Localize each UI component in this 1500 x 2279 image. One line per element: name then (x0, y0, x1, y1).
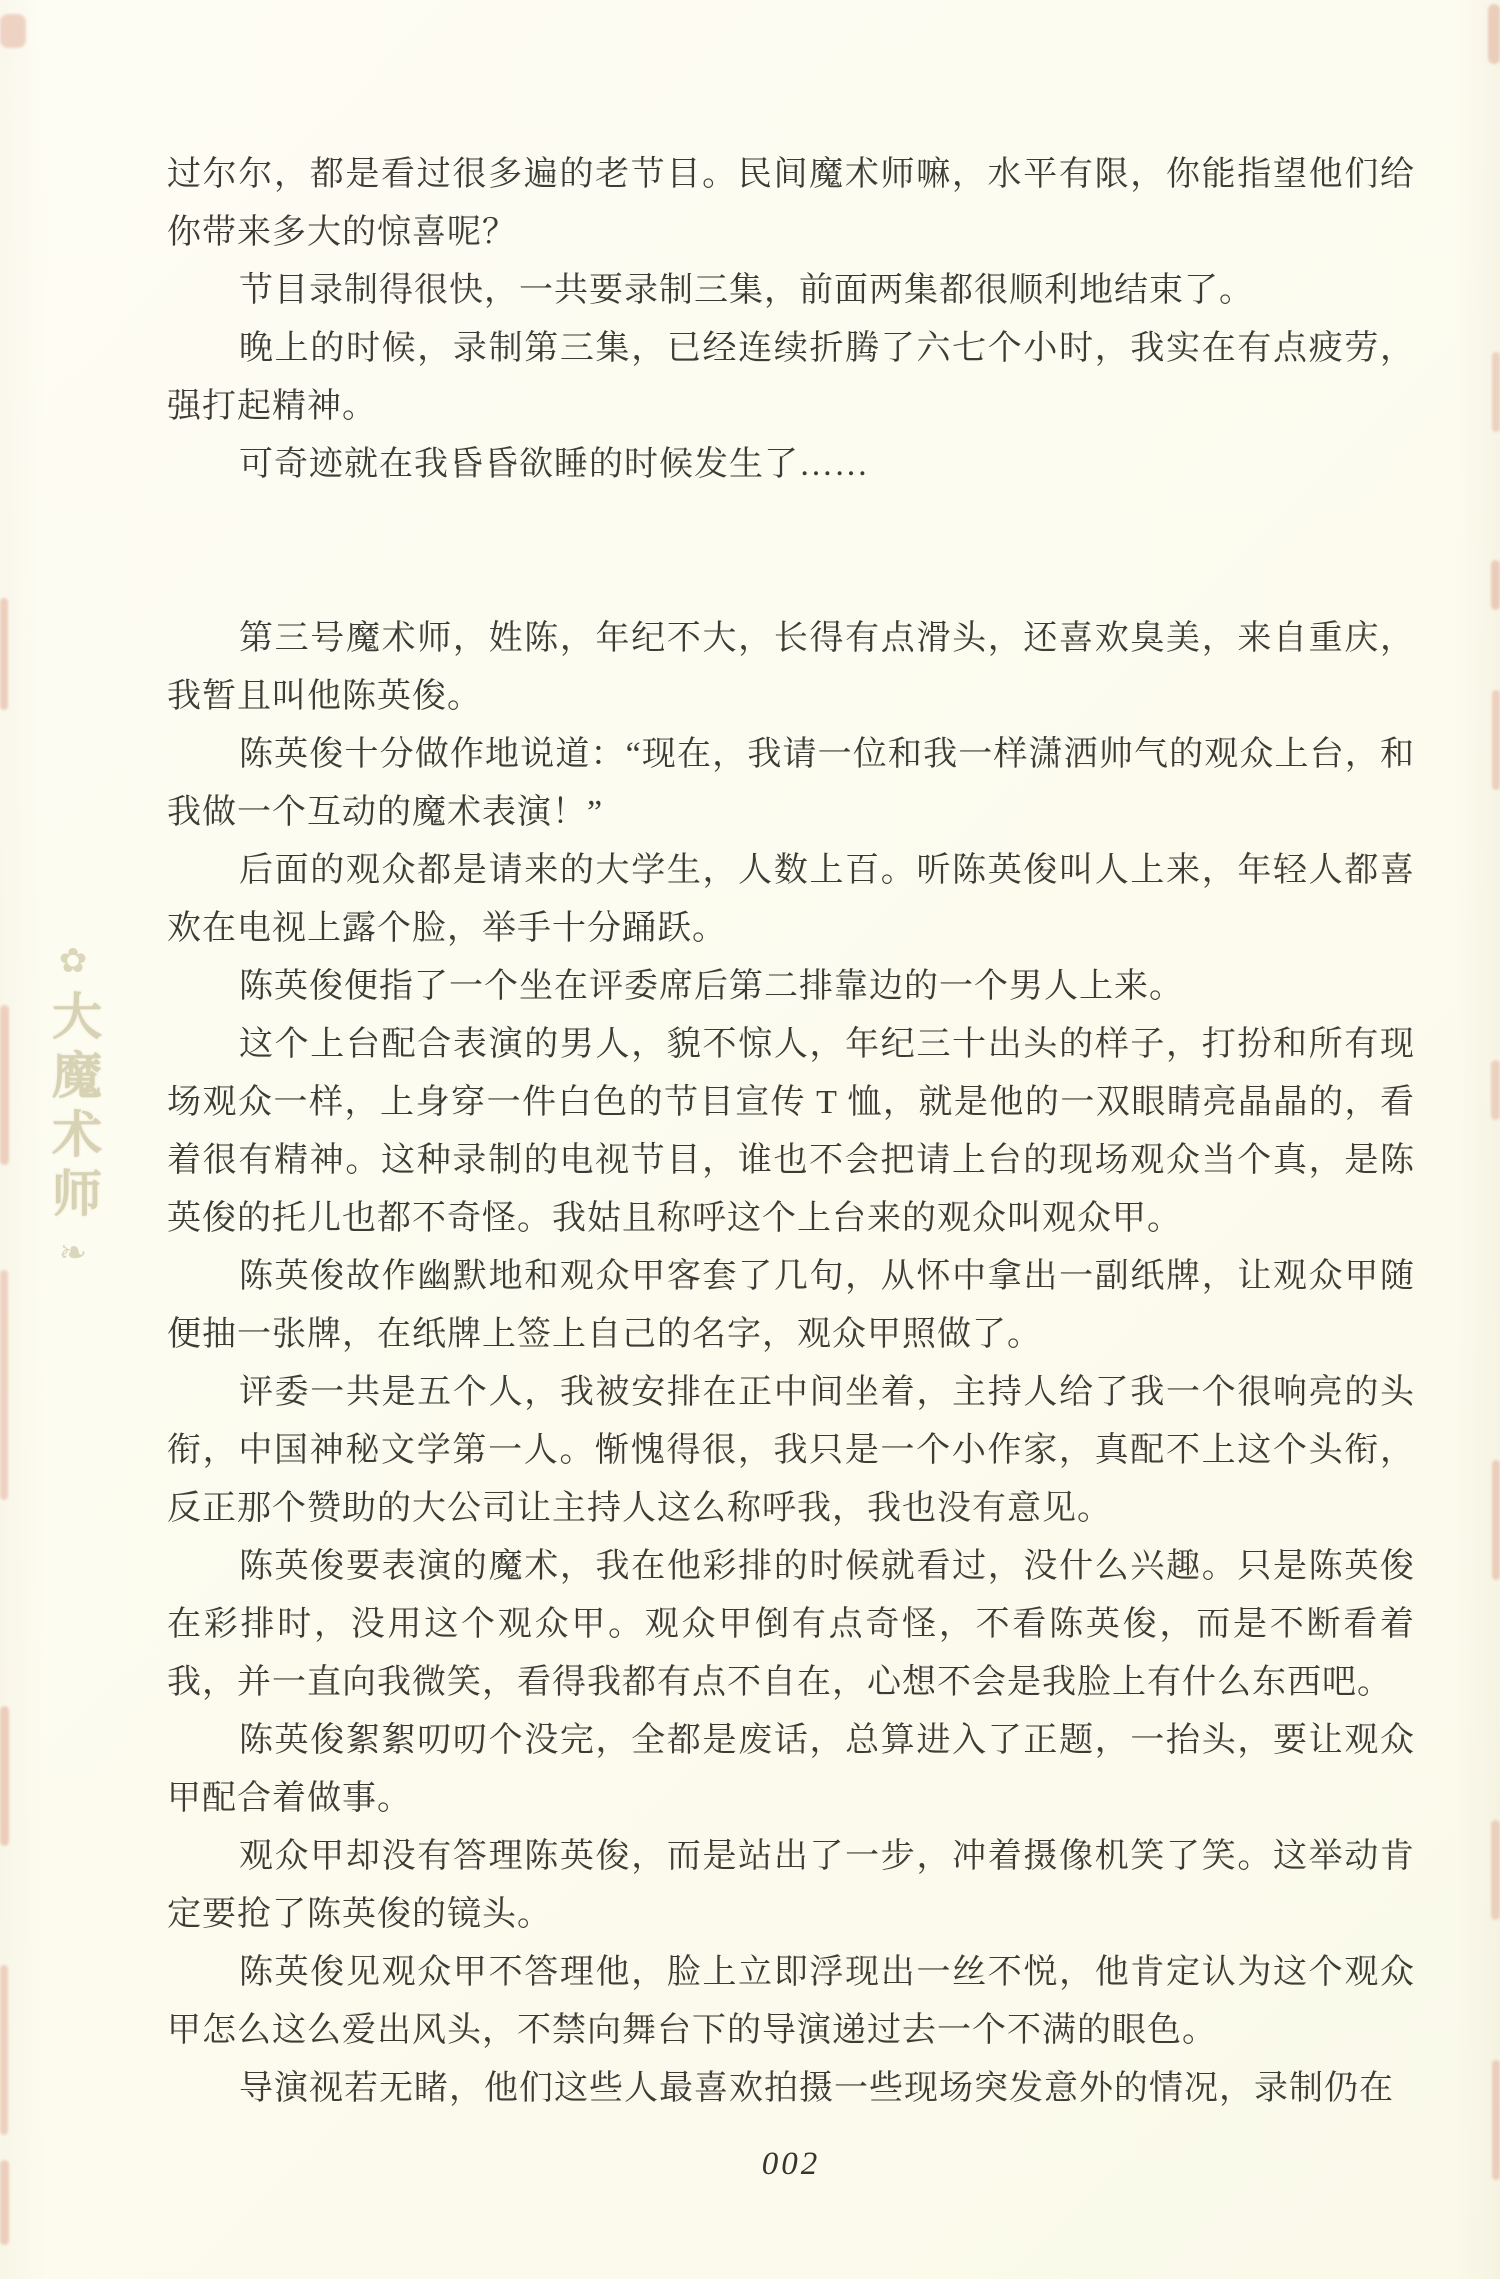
floral-ornament-icon-bottom: ❧ (59, 1232, 88, 1276)
paragraph: 陈英俊见观众甲不答理他，脸上立即浮现出一丝不悦，他肯定认为这个观众甲怎么这么爱出… (167, 1944, 1415, 2060)
page-edge-stain (0, 598, 8, 710)
paragraph: 晚上的时候，录制第三集，已经连续折腾了六七个小时，我实在有点疲劳，强打起精神。 (167, 320, 1415, 436)
text-block: 过尔尔，都是看过很多遍的老节目。民间魔术师嘛，水平有限，你能指望他们给你带来多大… (167, 146, 1415, 2118)
book-page: ✿ 大魔术师 ❧ 过尔尔，都是看过很多遍的老节目。民间魔术师嘛，水平有限，你能指… (0, 0, 1500, 2279)
book-title-vertical: 大魔术师 (37, 990, 109, 1226)
page-edge-stain (0, 1706, 9, 1846)
paragraph: 过尔尔，都是看过很多遍的老节目。民间魔术师嘛，水平有限，你能指望他们给你带来多大… (167, 146, 1415, 262)
paragraph: 节目录制得很快，一共要录制三集，前面两集都很顺利地结束了。 (167, 262, 1415, 320)
page-number: 002 (167, 2146, 1415, 2183)
page-edge-stain (0, 1965, 8, 2135)
page-edge-stain (1492, 352, 1500, 432)
page-edge-stain (1491, 560, 1500, 610)
page-edge-stain (0, 14, 26, 48)
book-title-sidebar: ✿ 大魔术师 ❧ (40, 940, 106, 1276)
paragraph: 第三号魔术师，姓陈，年纪不大，长得有点滑头，还喜欢臭美，来自重庆，我暂且叫他陈英… (167, 610, 1415, 726)
paragraph: 陈英俊要表演的魔术，我在他彩排的时候就看过，没什么兴趣。只是陈英俊在彩排时，没用… (167, 1538, 1415, 1712)
page-edge-stain (0, 2160, 9, 2245)
paragraph: 评委一共是五个人，我被安排在正中间坐着，主持人给了我一个很响亮的头衔，中国神秘文… (167, 1364, 1415, 1538)
paragraph: 后面的观众都是请来的大学生，人数上百。听陈英俊叫人上来，年轻人都喜欢在电视上露个… (167, 842, 1415, 958)
page-edge-stain (1488, 4, 1500, 64)
page-edge-stain (1492, 1460, 1500, 1580)
page-edge-stain (1491, 1060, 1500, 1120)
paragraph: 陈英俊便指了一个坐在评委席后第二排靠边的一个男人上来。 (167, 958, 1415, 1016)
paragraph: 陈英俊絮絮叨叨个没完，全都是废话，总算进入了正题，一抬头，要让观众甲配合着做事。 (167, 1712, 1415, 1828)
page-edge-stain (0, 1005, 9, 1165)
paragraph: 陈英俊故作幽默地和观众甲客套了几句，从怀中拿出一副纸牌，让观众甲随便抽一张牌，在… (167, 1248, 1415, 1364)
paragraph: 导演视若无睹，他们这些人最喜欢拍摄一些现场突发意外的情况，录制仍在 (167, 2060, 1415, 2118)
page-edge-stain (1492, 2060, 1500, 2180)
paragraph: 可奇迹就在我昏昏欲睡的时候发生了…… (167, 436, 1415, 494)
page-edge-stain (1491, 1820, 1500, 1920)
page-edge-stain (0, 1270, 8, 1500)
floral-ornament-icon-top: ✿ (59, 940, 88, 984)
paragraph: 观众甲却没有答理陈英俊，而是站出了一步，冲着摄像机笑了笑。这举动肯定要抢了陈英俊… (167, 1828, 1415, 1944)
paragraph: 这个上台配合表演的男人，貌不惊人，年纪三十出头的样子，打扮和所有现场观众一样，上… (167, 1016, 1415, 1248)
paragraph: 陈英俊十分做作地说道：“现在，我请一位和我一样潇洒帅气的观众上台，和我做一个互动… (167, 726, 1415, 842)
page-edge-stain (1492, 690, 1500, 790)
